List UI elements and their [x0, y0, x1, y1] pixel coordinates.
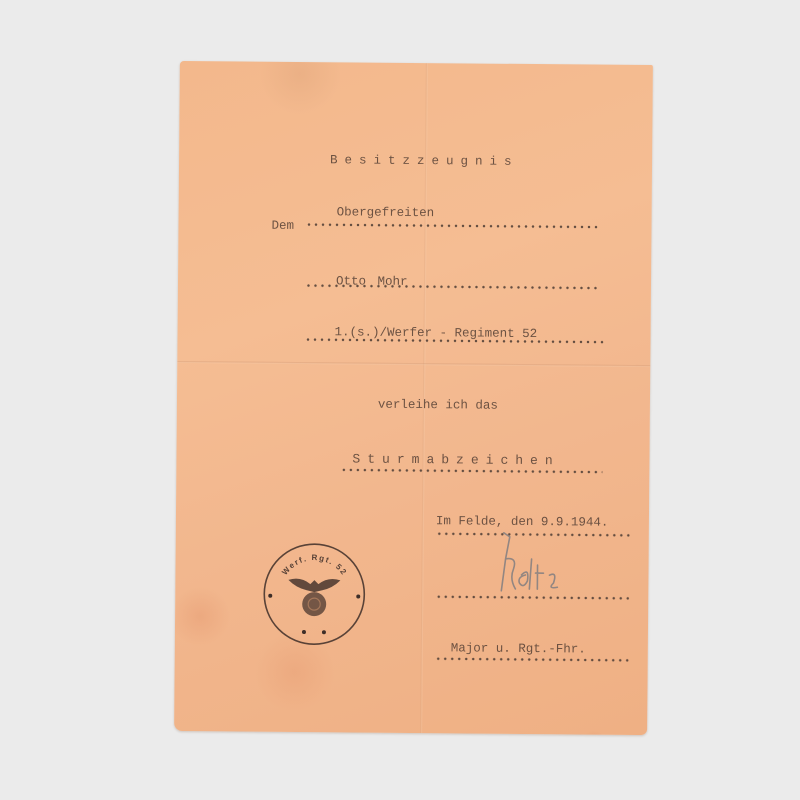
recipient-prefix: Dem: [271, 219, 294, 233]
signatory-title: Major u. Rgt.-Fhr.: [451, 641, 586, 656]
eagle-emblem-icon: Werf. Rgt. 52: [260, 540, 369, 649]
place-date: Im Felde, den 9.9.1944.: [436, 514, 609, 530]
document-title: Besitzzeugnis: [330, 153, 519, 169]
signature: [495, 529, 576, 600]
stamp-text: Werf. Rgt. 52: [280, 553, 349, 578]
award-phrase: verleihe ich das: [378, 398, 498, 413]
award-name: Sturmabzeichen: [352, 451, 559, 468]
certificate-paper: Besitzzeugnis Dem Obergefreiten Otto Moh…: [174, 61, 653, 735]
svg-text:Werf. Rgt. 52: Werf. Rgt. 52: [280, 553, 349, 578]
rank-field: Obergefreiten: [337, 205, 435, 220]
